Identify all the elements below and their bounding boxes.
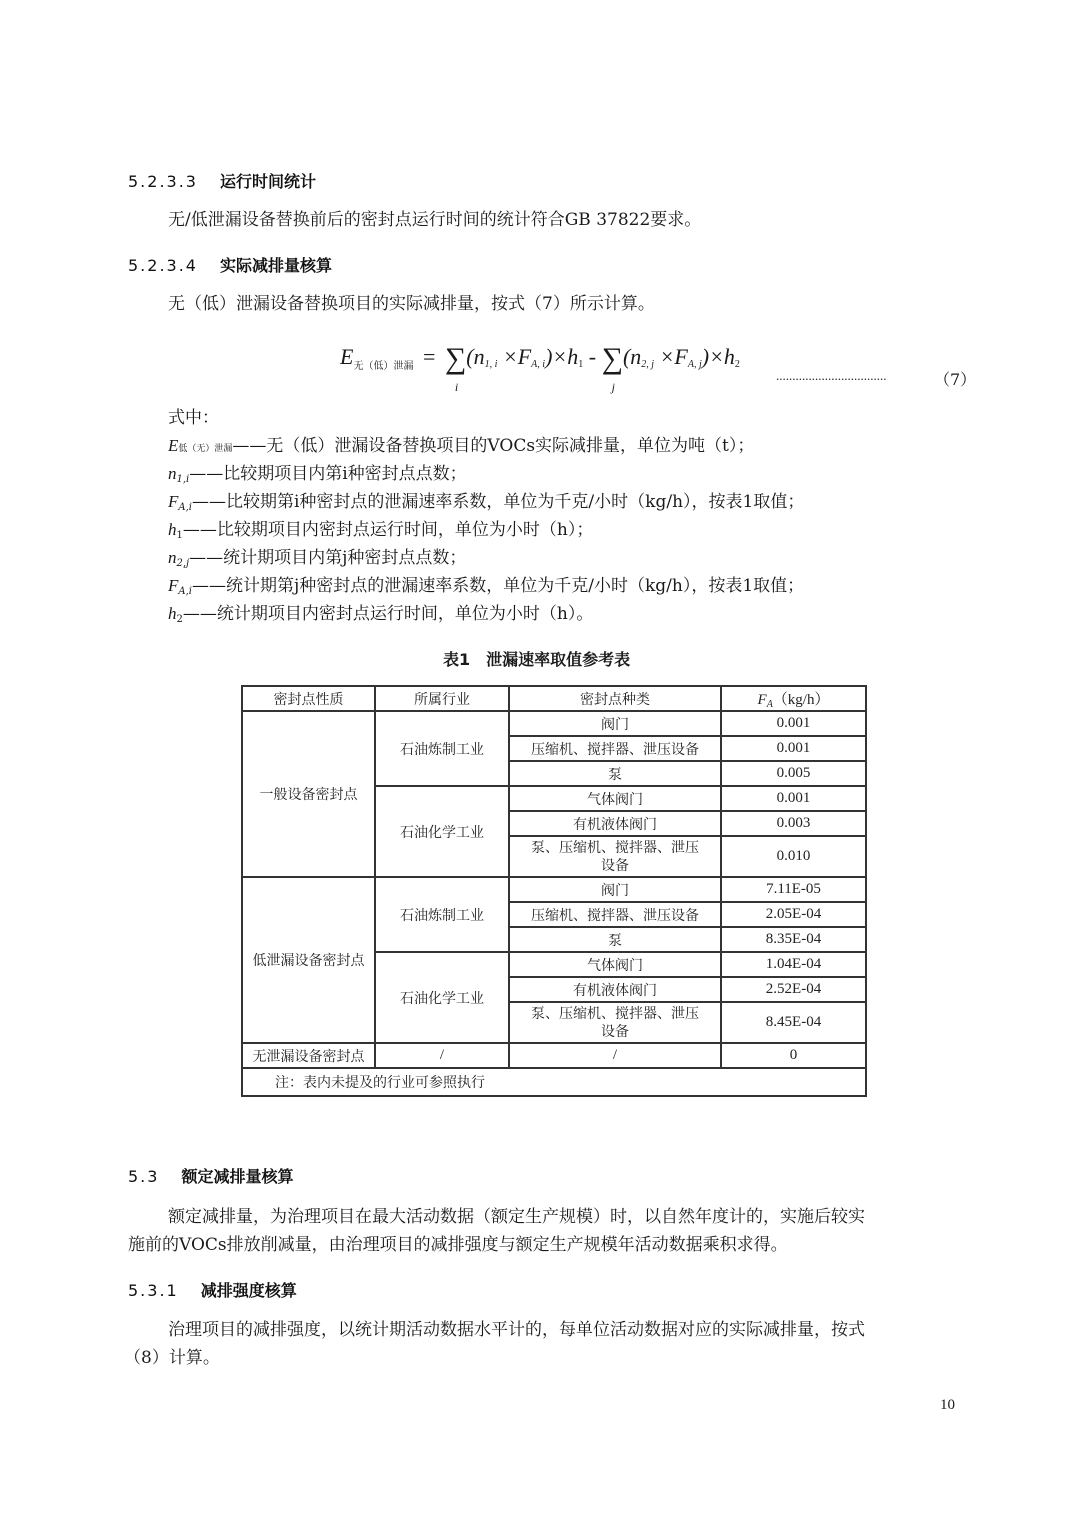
section-number: 5.3.1 — [128, 1281, 179, 1300]
table-note: 注：表内未提及的行业可参照执行 — [242, 1068, 866, 1096]
term1-sub2: A, i — [531, 359, 545, 370]
table-note-row: 注：表内未提及的行业可参照执行 — [242, 1068, 866, 1096]
paragraph-intensity-line2: （8）计算。 — [124, 1344, 220, 1372]
section-heading-5-3-1: 5.3.1减排强度核算 — [128, 1278, 297, 1301]
symbol-sub: 1,i — [177, 474, 190, 485]
formula-lhs: E — [340, 344, 353, 369]
term2-end: )×h — [702, 344, 735, 369]
seal-type: 泵、压缩机、搅拌器、泄压设备 — [509, 836, 721, 877]
formula-number: （7） — [934, 366, 976, 394]
seal-type-line1: 泵、压缩机、搅拌器、泄压 — [531, 840, 699, 856]
term1-end: )×h — [545, 344, 578, 369]
header-industry: 所属行业 — [375, 686, 509, 711]
fa-symbol: F — [758, 692, 767, 708]
sum-index-j: j — [612, 380, 615, 395]
fa-value: 2.52E-04 — [721, 977, 866, 1002]
section-number: 5.2.3.3 — [128, 172, 198, 191]
formula-minus: - — [583, 344, 601, 369]
section-heading-5-2-3-4: 5.2.3.4实际减排量核算 — [128, 253, 332, 276]
paragraph-rated-reduction-line2: 施前的VOCs排放削减量，由治理项目的减排强度与额定生产规模年活动数据乘积求得。 — [128, 1231, 788, 1259]
definition: ——比较期项目内密封点运行时间，单位为小时（h）； — [183, 520, 593, 540]
section-number: 5.3 — [128, 1167, 159, 1186]
industry-refining: 石油炼制工业 — [375, 711, 509, 786]
section-title: 运行时间统计 — [220, 172, 316, 191]
seal-type: 压缩机、搅拌器、泄压设备 — [509, 736, 721, 761]
term2-h-sub: 2 — [735, 359, 740, 370]
symbol: h — [168, 520, 177, 539]
group-no-leak: 无泄漏设备密封点 — [242, 1043, 375, 1068]
fa-value: 1.04E-04 — [721, 952, 866, 977]
industry-refining: 石油炼制工业 — [375, 877, 509, 952]
seal-type: 阀门 — [509, 711, 721, 736]
table-row: 无泄漏设备密封点 / / 0 — [242, 1043, 866, 1068]
definition: ——统计期项目内密封点运行时间，单位为小时（h）。 — [183, 604, 593, 624]
symbol: n — [168, 464, 177, 483]
symbol: h — [168, 604, 177, 623]
table-row: 一般设备密封点 石油炼制工业 阀门 0.001 — [242, 711, 866, 736]
term2-sub: 2, j — [641, 359, 654, 370]
seal-type: 泵 — [509, 761, 721, 786]
fa-value: 0.003 — [721, 811, 866, 836]
definition: ——无（低）泄漏设备替换项目的VOCs实际减排量，单位为吨（t）； — [232, 436, 754, 456]
formula-equals: = — [423, 344, 435, 369]
fa-value: 0.005 — [721, 761, 866, 786]
seal-type: 气体阀门 — [509, 786, 721, 811]
symbol: E — [168, 436, 178, 455]
symbol-sub: 2,j — [177, 558, 190, 569]
symbol-sub: A,i — [178, 502, 192, 513]
definition: ——比较期项目内第i种密封点点数； — [189, 464, 466, 484]
where-label: 式中： — [168, 404, 219, 432]
header-fa: FA（kg/h） — [721, 686, 866, 711]
group-low-leak: 低泄漏设备密封点 — [242, 877, 375, 1043]
seal-type-line2: 设备 — [601, 858, 629, 874]
section-title: 减排强度核算 — [201, 1281, 297, 1300]
section-number: 5.2.3.4 — [128, 256, 198, 275]
industry-none: / — [375, 1043, 509, 1068]
seal-type-none: / — [509, 1043, 721, 1068]
table-caption: 表1 泄漏速率取值参考表 — [443, 647, 630, 670]
sigma-icon: ∑ — [602, 342, 623, 375]
definition: ——比较期第i种密封点的泄漏速率系数，单位为千克/小时（kg/h），按表1取值； — [192, 492, 804, 512]
symbol: F — [168, 492, 178, 511]
section-title: 实际减排量核算 — [220, 256, 332, 275]
group-general: 一般设备密封点 — [242, 711, 375, 877]
term1-mid: ×F — [497, 344, 531, 369]
table-row: 低泄漏设备密封点 石油炼制工业 阀门 7.11E-05 — [242, 877, 866, 902]
formula-leader-dots: .................................. — [776, 368, 887, 384]
leak-rate-reference-table: 密封点性质 所属行业 密封点种类 FA（kg/h） 一般设备密封点 石油炼制工业… — [241, 685, 867, 1097]
page-number: 10 — [940, 1397, 955, 1414]
formula-7: E无（低）泄漏 = ∑i(n1, i ×FA, i)×h1 - ∑j(n2, j… — [340, 338, 740, 372]
section-title: 额定减排量核算 — [181, 1167, 293, 1186]
fa-value: 7.11E-05 — [721, 877, 866, 902]
paragraph-intensity-line1: 治理项目的减排强度，以统计期活动数据水平计的，每单位活动数据对应的实际减排量，按… — [168, 1316, 865, 1344]
term2-mid: ×F — [654, 344, 688, 369]
definition: ——统计期第j种密封点的泄漏速率系数，单位为千克/小时（kg/h），按表1取值； — [192, 576, 804, 596]
symbol-sub: 低（无）泄漏 — [178, 444, 232, 454]
seal-type: 气体阀门 — [509, 952, 721, 977]
paragraph-actual-reduction: 无（低）泄漏设备替换项目的实际减排量，按式（7）所示计算。 — [168, 290, 655, 318]
term1: (n — [466, 344, 484, 369]
fa-value: 8.35E-04 — [721, 927, 866, 952]
seal-type-line2: 设备 — [601, 1024, 629, 1040]
industry-chemical: 石油化学工业 — [375, 786, 509, 877]
seal-type: 有机液体阀门 — [509, 977, 721, 1002]
paragraph-runtime-stat: 无/低泄漏设备替换前后的密封点运行时间的统计符合GB 37822要求。 — [168, 206, 701, 234]
fa-value: 0.001 — [721, 736, 866, 761]
fa-value: 0 — [721, 1043, 866, 1068]
fa-value: 2.05E-04 — [721, 902, 866, 927]
industry-chemical: 石油化学工业 — [375, 952, 509, 1043]
seal-type-line1: 泵、压缩机、搅拌器、泄压 — [531, 1006, 699, 1022]
fa-value: 0.010 — [721, 836, 866, 877]
sum-index-i: i — [455, 380, 458, 395]
fa-value: 0.001 — [721, 711, 866, 736]
symbol: F — [168, 576, 178, 595]
formula-lhs-sub: 无（低）泄漏 — [353, 361, 413, 372]
section-heading-5-3: 5.3额定减排量核算 — [128, 1164, 293, 1187]
seal-type: 阀门 — [509, 877, 721, 902]
fa-value: 0.001 — [721, 786, 866, 811]
symbol: n — [168, 548, 177, 567]
where-item-h2: h2——统计期项目内密封点运行时间，单位为小时（h）。 — [168, 600, 593, 634]
seal-type: 泵、压缩机、搅拌器、泄压设备 — [509, 1002, 721, 1043]
definition: ——统计期项目内第j种密封点点数； — [189, 548, 466, 568]
term2-sub2: A, j — [688, 359, 702, 370]
symbol-sub: A,i — [178, 586, 192, 597]
paragraph-rated-reduction-line1: 额定减排量，为治理项目在最大活动数据（额定生产规模）时，以自然年度计的，实施后较… — [168, 1203, 865, 1231]
fa-value: 8.45E-04 — [721, 1002, 866, 1043]
fa-unit: （kg/h） — [773, 692, 830, 708]
table-header-row: 密封点性质 所属行业 密封点种类 FA（kg/h） — [242, 686, 866, 711]
seal-type: 有机液体阀门 — [509, 811, 721, 836]
sigma-icon: ∑ — [445, 342, 466, 375]
header-seal-nature: 密封点性质 — [242, 686, 375, 711]
where-item-E: E低（无）泄漏——无（低）泄漏设备替换项目的VOCs实际减排量，单位为吨（t）； — [168, 432, 754, 463]
seal-type: 泵 — [509, 927, 721, 952]
term1-sub: 1, i — [485, 359, 498, 370]
section-heading-5-2-3-3: 5.2.3.3运行时间统计 — [128, 169, 316, 192]
term2: (n — [623, 344, 641, 369]
header-seal-type: 密封点种类 — [509, 686, 721, 711]
seal-type: 压缩机、搅拌器、泄压设备 — [509, 902, 721, 927]
